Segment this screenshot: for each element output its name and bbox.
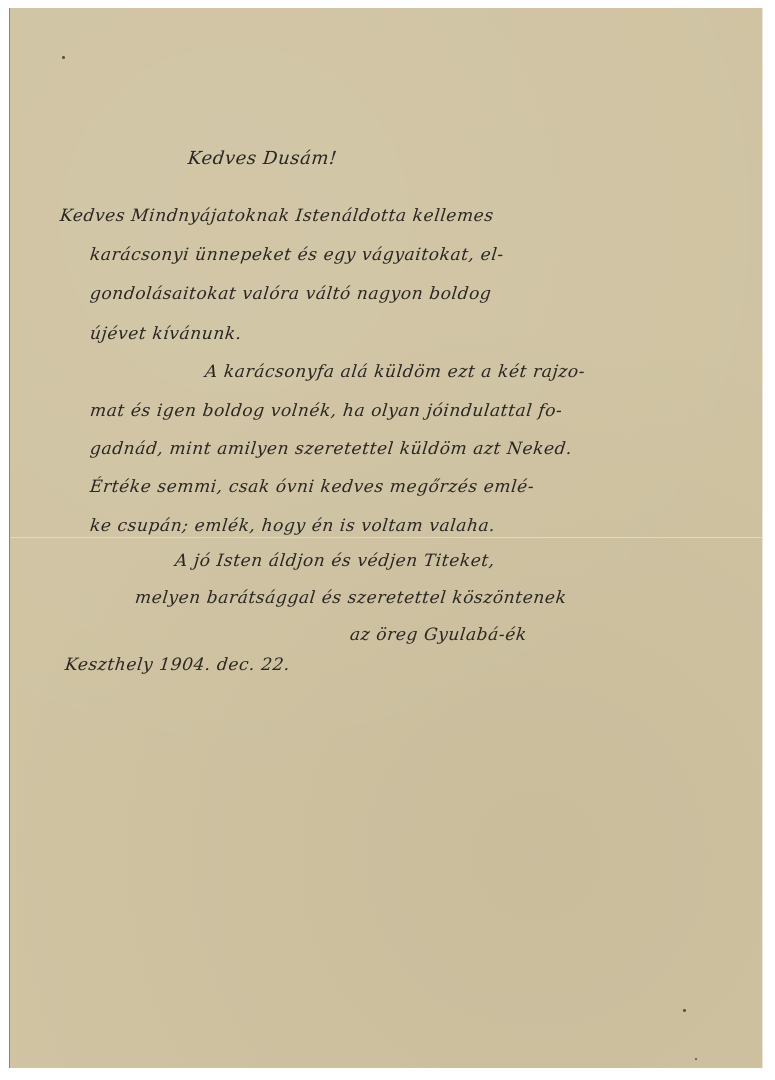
letter-signature: az öreg Gyulabá-ék [349,625,528,645]
fold-crease [10,537,762,538]
letter-page: Kedves Dusám! Kedves Mindnyájatoknak Ist… [10,8,762,1068]
letter-body-line: mat és igen boldog volnék, ha olyan jóin… [89,401,564,421]
letter-body-line: Értéke semmi, csak óvni kedves megőrzés … [89,477,535,497]
letter-body-line: A jó Isten áldjon és védjen Titeket, [174,551,496,571]
letter-body-line: karácsonyi ünnepeket és egy vágyaitokat,… [89,245,505,265]
paper-speck [683,1009,686,1012]
letter-body-line: A karácsonyfa alá küldöm ezt a két rajzo… [204,362,586,382]
letter-place-date: Keszthely 1904. dec. 22. [64,655,291,675]
letter-body-line: gondolásaitokat valóra váltó nagyon bold… [89,284,493,304]
paper-speck [695,1058,697,1060]
letter-body-line: gadnád, mint amilyen szeretettel küldöm … [89,439,573,459]
letter-salutation: Kedves Dusám! [187,148,338,169]
letter-body-line: ke csupán; emlék, hogy én is voltam vala… [89,516,496,536]
letter-body-line: Kedves Mindnyájatoknak Istenáldotta kell… [59,206,495,226]
letter-body-line: melyen barátsággal és szeretettel köszön… [134,588,568,608]
letter-body-line: újévet kívánunk. [89,324,243,344]
paper-speck [62,56,65,59]
